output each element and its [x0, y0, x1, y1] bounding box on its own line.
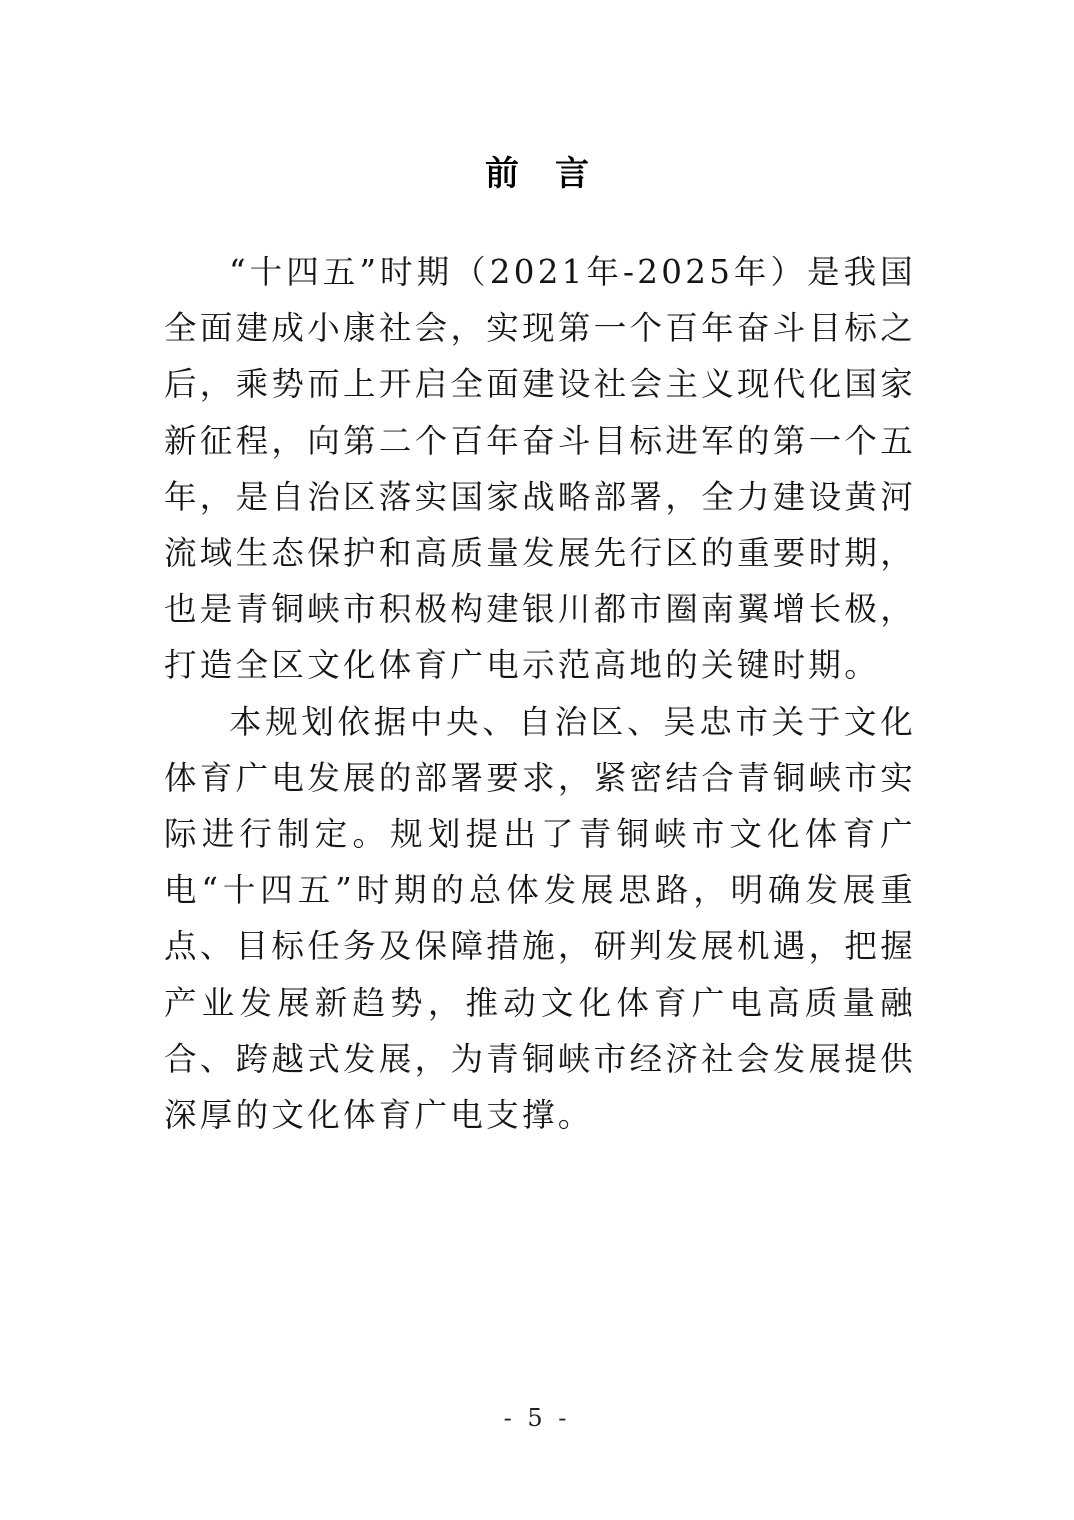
- page-number: - 5 -: [0, 1403, 1074, 1433]
- document-page: 前言 “十四五”时期（2021年-2025年）是我国全面建成小康社会，实现第一个…: [0, 0, 1074, 1520]
- page-title: 前言: [0, 150, 1074, 198]
- paragraph-2: 本规划依据中央、自治区、吴忠市关于文化体育广电发展的部署要求，紧密结合青铜峡市实…: [164, 694, 916, 1144]
- body-text: “十四五”时期（2021年-2025年）是我国全面建成小康社会，实现第一个百年奋…: [164, 244, 916, 1143]
- paragraph-1: “十四五”时期（2021年-2025年）是我国全面建成小康社会，实现第一个百年奋…: [164, 244, 916, 694]
